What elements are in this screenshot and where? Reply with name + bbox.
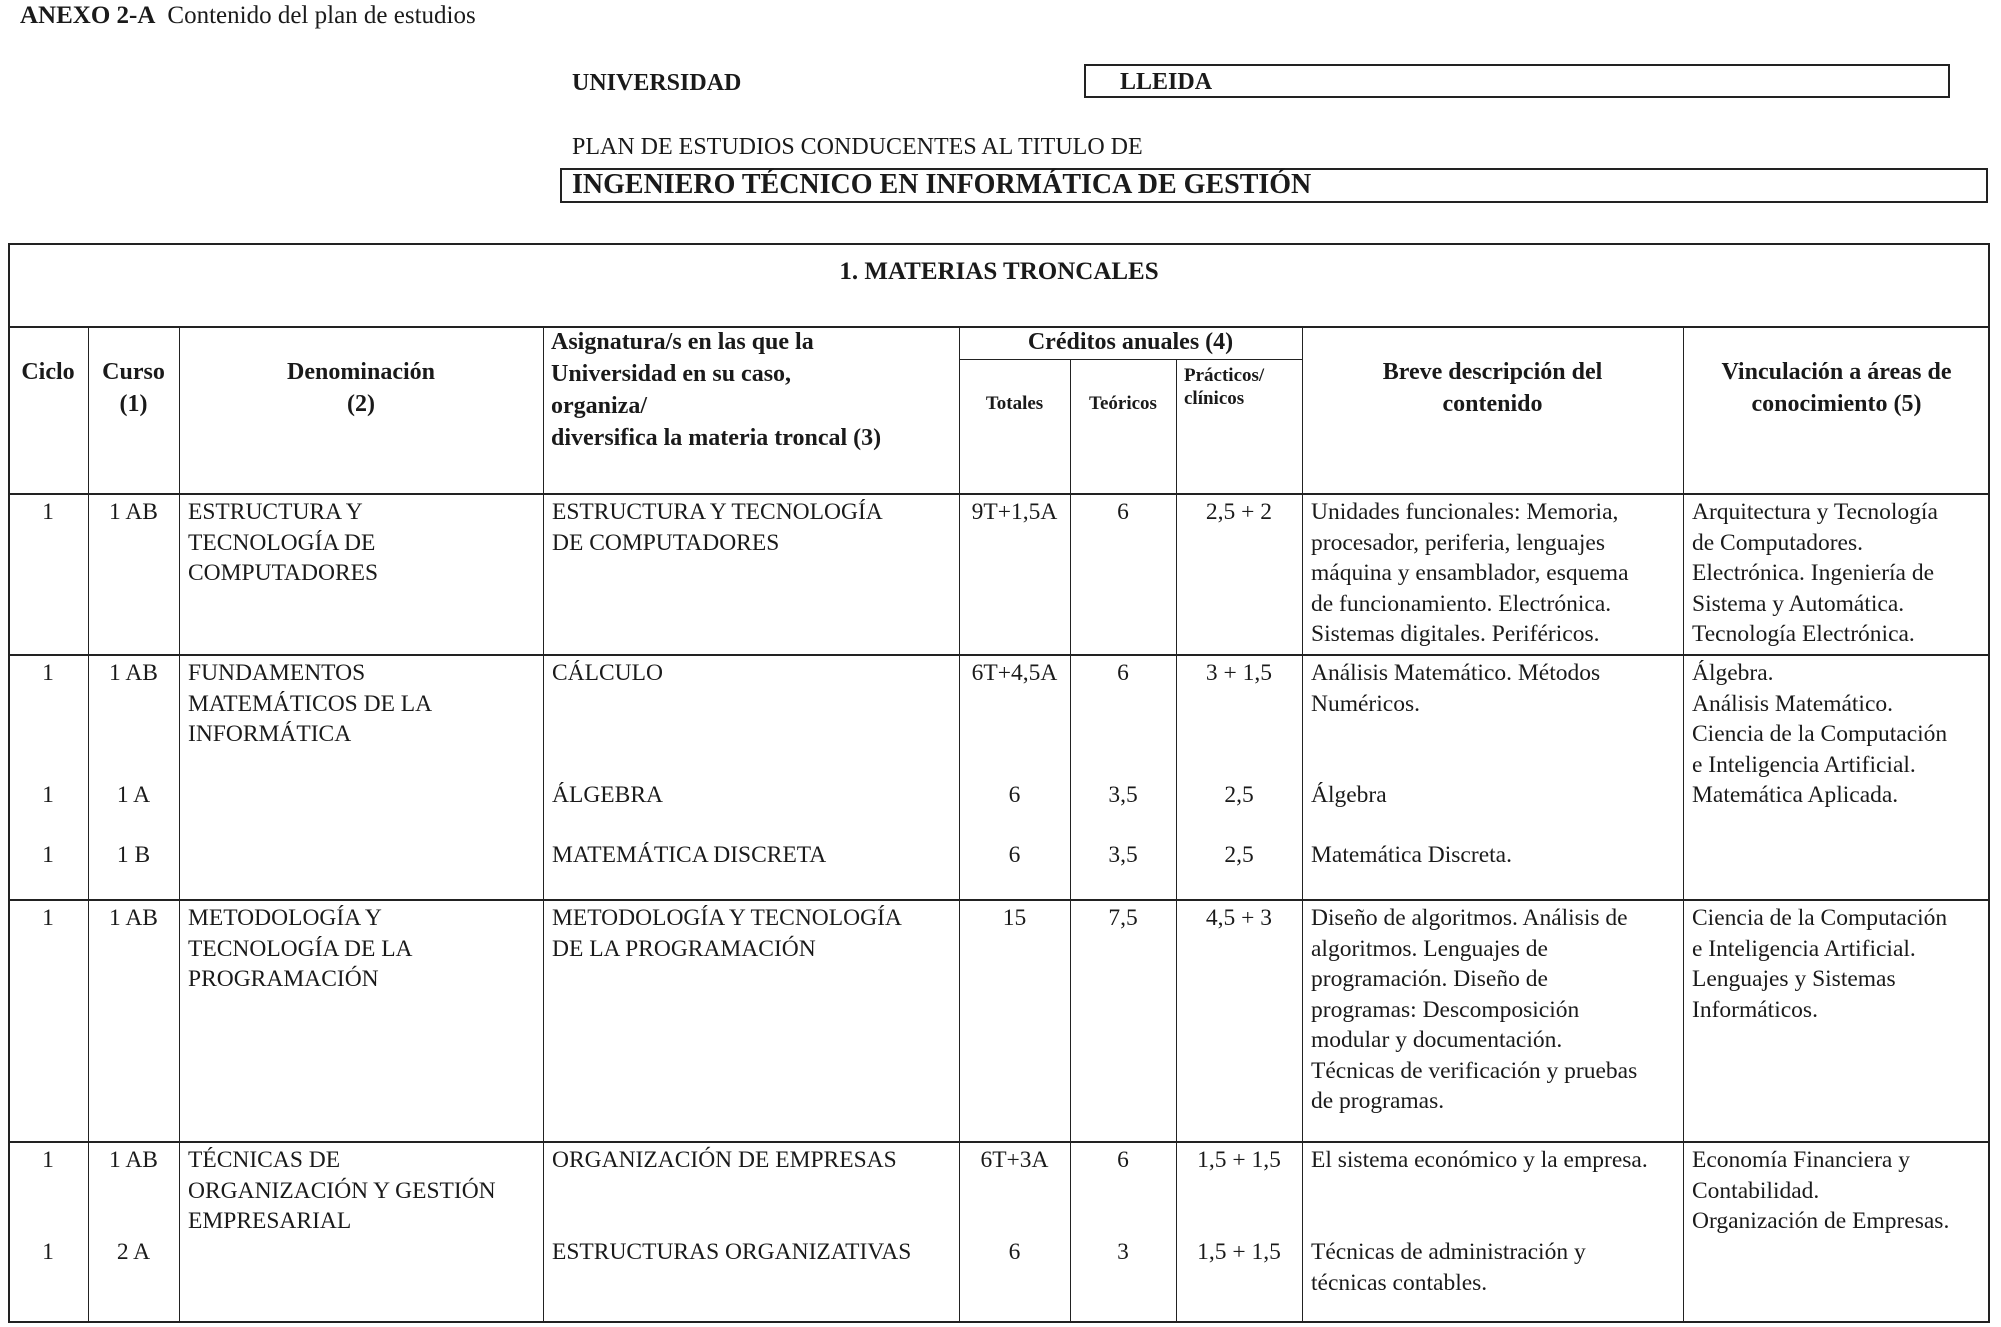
practicos-text: 2,5 [1176, 840, 1302, 871]
ciclo-cell: 1 [8, 1145, 88, 1176]
vinculacion-text: Informáticos. [1692, 995, 1987, 1026]
descripcion-text: Diseño de algoritmos. Análisis de [1311, 903, 1680, 934]
vinculacion-text: Arquitectura y Tecnología [1692, 497, 1987, 528]
annex-code: ANEXO 2-A [20, 2, 155, 29]
denominacion-text: FUNDAMENTOS [188, 658, 540, 689]
header-curso: Curso(1) [88, 356, 179, 420]
curso-text: 1 AB [88, 1145, 179, 1176]
vinculacion-cell: Economía Financiera yContabilidad.Organi… [1692, 1145, 1987, 1237]
asignatura-text: METODOLOGÍA Y TECNOLOGÍA [552, 903, 956, 934]
denominacion-text: TECNOLOGÍA DE LA [188, 934, 540, 965]
descripcion-text: Álgebra [1311, 780, 1680, 811]
asignatura-cell: ORGANIZACIÓN DE EMPRESAS [552, 1145, 956, 1176]
denominacion-text: PROGRAMACIÓN [188, 964, 540, 995]
descripcion-text: máquina y ensamblador, esquema [1311, 558, 1680, 589]
totales-text: 15 [959, 903, 1070, 934]
teoricos-cell: 3 [1070, 1237, 1176, 1268]
descripcion-cell: Análisis Matemático. MétodosNuméricos. [1311, 658, 1680, 719]
vinculacion-cell: Ciencia de la Computacióne Inteligencia … [1692, 903, 1987, 1025]
practicos-text: 1,5 + 1,5 [1176, 1145, 1302, 1176]
header-teoricos: Teóricos [1070, 392, 1176, 415]
descripcion-text: El sistema económico y la empresa. [1311, 1145, 1680, 1176]
descripcion-text: Técnicas de administración y [1311, 1237, 1680, 1268]
asignatura-text: ORGANIZACIÓN DE EMPRESAS [552, 1145, 956, 1176]
teoricos-cell: 3,5 [1070, 780, 1176, 811]
denominacion-text: METODOLOGÍA Y [188, 903, 540, 934]
asignatura-cell: MATEMÁTICA DISCRETA [552, 840, 956, 871]
descripcion-text: programación. Diseño de [1311, 964, 1680, 995]
denominacion-text: COMPUTADORES [188, 558, 540, 589]
header-text: diversifica la materia troncal (3) [551, 422, 957, 454]
ciclo-cell: 1 [8, 780, 88, 811]
denominacion-text: TECNOLOGÍA DE [188, 528, 540, 559]
descripcion-cell: Diseño de algoritmos. Análisis dealgorit… [1311, 903, 1680, 1117]
descripcion-text: algoritmos. Lenguajes de [1311, 934, 1680, 965]
curso-cell: 1 AB [88, 903, 179, 934]
teoricos-text: 7,5 [1070, 903, 1176, 934]
totales-text: 9T+1,5A [959, 497, 1070, 528]
ciclo-text: 1 [8, 1237, 88, 1268]
asignatura-cell: METODOLOGÍA Y TECNOLOGÍADE LA PROGRAMACI… [552, 903, 956, 964]
header-text: Prácticos/ [1184, 364, 1302, 387]
totales-text: 6 [959, 780, 1070, 811]
header-text: Totales [959, 392, 1070, 415]
descripcion-text: Sistemas digitales. Periféricos. [1311, 619, 1680, 650]
asignatura-cell: ÁLGEBRA [552, 780, 956, 811]
creditos-divider [959, 359, 1302, 360]
ciclo-cell: 1 [8, 1237, 88, 1268]
header-text: (1) [88, 388, 179, 420]
teoricos-cell: 7,5 [1070, 903, 1176, 934]
vinculacion-text: Tecnología Electrónica. [1692, 619, 1987, 650]
row-divider [8, 1141, 1990, 1143]
asignatura-text: DE COMPUTADORES [552, 528, 956, 559]
plan-label: PLAN DE ESTUDIOS CONDUCENTES AL TITULO D… [572, 134, 1143, 161]
asignatura-text: CÁLCULO [552, 658, 956, 689]
vinculacion-text: Matemática Aplicada. [1692, 780, 1987, 811]
descripcion-text: Unidades funcionales: Memoria, [1311, 497, 1680, 528]
totales-text: 6T+4,5A [959, 658, 1070, 689]
practicos-cell: 1,5 + 1,5 [1176, 1145, 1302, 1176]
asignatura-text: ÁLGEBRA [552, 780, 956, 811]
header-text: Breve descripción del [1302, 356, 1683, 388]
vinculacion-text: Lenguajes y Sistemas [1692, 964, 1987, 995]
teoricos-text: 3,5 [1070, 780, 1176, 811]
curso-cell: 1 AB [88, 1145, 179, 1176]
practicos-cell: 2,5 [1176, 780, 1302, 811]
descripcion-cell: Técnicas de administración ytécnicas con… [1311, 1237, 1680, 1298]
column-divider [543, 328, 544, 1322]
header-ciclo: Ciclo [8, 356, 88, 388]
totales-cell: 6T+3A [959, 1145, 1070, 1176]
curso-text: 1 AB [88, 903, 179, 934]
header-text: contenido [1302, 388, 1683, 420]
row-divider [8, 493, 1990, 495]
descripcion-text: procesador, periferia, lenguajes [1311, 528, 1680, 559]
practicos-text: 2,5 [1176, 780, 1302, 811]
totales-cell: 6T+4,5A [959, 658, 1070, 689]
header-text: organiza/ [551, 390, 957, 422]
curso-cell: 1 B [88, 840, 179, 871]
teoricos-cell: 6 [1070, 1145, 1176, 1176]
practicos-text: 3 + 1,5 [1176, 658, 1302, 689]
annex-title: Contenido del plan de estudios [167, 2, 475, 29]
ciclo-text: 1 [8, 840, 88, 871]
vinculacion-cell: Arquitectura y Tecnologíade Computadores… [1692, 497, 1987, 650]
teoricos-text: 3,5 [1070, 840, 1176, 871]
ciclo-cell: 1 [8, 903, 88, 934]
ciclo-cell: 1 [8, 497, 88, 528]
header-totales: Totales [959, 392, 1070, 415]
practicos-cell: 4,5 + 3 [1176, 903, 1302, 934]
header-text: Créditos anuales (4) [959, 326, 1302, 358]
teoricos-text: 6 [1070, 658, 1176, 689]
practicos-cell: 2,5 + 2 [1176, 497, 1302, 528]
header-text: Teóricos [1070, 392, 1176, 415]
row-divider [8, 654, 1990, 656]
asignatura-cell: ESTRUCTURAS ORGANIZATIVAS [552, 1237, 956, 1268]
header-text: Asignatura/s en las que la [551, 326, 957, 358]
vinculacion-text: Contabilidad. [1692, 1176, 1987, 1207]
totales-text: 6T+3A [959, 1145, 1070, 1176]
curso-cell: 2 A [88, 1237, 179, 1268]
descripcion-cell: Álgebra [1311, 780, 1680, 811]
curso-text: 1 B [88, 840, 179, 871]
university-label: UNIVERSIDAD [572, 70, 741, 97]
descripcion-text: de programas. [1311, 1086, 1680, 1117]
curso-text: 2 A [88, 1237, 179, 1268]
practicos-text: 4,5 + 3 [1176, 903, 1302, 934]
ciclo-cell: 1 [8, 658, 88, 689]
totales-cell: 15 [959, 903, 1070, 934]
asignatura-cell: CÁLCULO [552, 658, 956, 689]
denominacion-text: ORGANIZACIÓN Y GESTIÓN [188, 1176, 540, 1207]
vinculacion-text: Análisis Matemático. [1692, 689, 1987, 720]
column-divider [179, 328, 180, 1322]
denominacion-cell: TÉCNICAS DEORGANIZACIÓN Y GESTIÓNEMPRESA… [188, 1145, 540, 1237]
ciclo-cell: 1 [8, 840, 88, 871]
header-text: Ciclo [8, 356, 88, 388]
vinculacion-text: Ciencia de la Computación [1692, 719, 1987, 750]
curso-text: 1 A [88, 780, 179, 811]
totales-cell: 6 [959, 1237, 1070, 1268]
vinculacion-text: e Inteligencia Artificial. [1692, 934, 1987, 965]
vinculacion-text: Economía Financiera y [1692, 1145, 1987, 1176]
descripcion-cell: Unidades funcionales: Memoria,procesador… [1311, 497, 1680, 650]
curso-text: 1 AB [88, 658, 179, 689]
header-denominacion: Denominación(2) [179, 356, 543, 420]
descripcion-text: de funcionamiento. Electrónica. [1311, 589, 1680, 620]
asignatura-text: ESTRUCTURAS ORGANIZATIVAS [552, 1237, 956, 1268]
section-title: 1. MATERIAS TRONCALES [8, 243, 1990, 328]
totales-cell: 6 [959, 840, 1070, 871]
header-text: Vinculación a áreas de [1683, 356, 1990, 388]
teoricos-text: 3 [1070, 1237, 1176, 1268]
teoricos-cell: 6 [1070, 658, 1176, 689]
vinculacion-text: e Inteligencia Artificial. [1692, 750, 1987, 781]
asignatura-text: ESTRUCTURA Y TECNOLOGÍA [552, 497, 956, 528]
asignatura-cell: ESTRUCTURA Y TECNOLOGÍADE COMPUTADORES [552, 497, 956, 558]
ciclo-text: 1 [8, 903, 88, 934]
vinculacion-text: Electrónica. Ingeniería de [1692, 558, 1987, 589]
descripcion-text: técnicas contables. [1311, 1268, 1680, 1299]
denominacion-cell: ESTRUCTURA YTECNOLOGÍA DECOMPUTADORES [188, 497, 540, 589]
descripcion-text: Análisis Matemático. Métodos [1311, 658, 1680, 689]
header-text: Denominación [179, 356, 543, 388]
asignatura-text: DE LA PROGRAMACIÓN [552, 934, 956, 965]
annex-heading: ANEXO 2-AContenido del plan de estudios [20, 2, 476, 30]
denominacion-text: EMPRESARIAL [188, 1206, 540, 1237]
header-text: Universidad en su caso, [551, 358, 957, 390]
row-divider [8, 899, 1990, 901]
practicos-text: 2,5 + 2 [1176, 497, 1302, 528]
teoricos-cell: 3,5 [1070, 840, 1176, 871]
curso-cell: 1 AB [88, 658, 179, 689]
header-text: Curso [88, 356, 179, 388]
descripcion-text: Técnicas de verificación y pruebas [1311, 1056, 1680, 1087]
column-divider [1302, 328, 1303, 1322]
denominacion-text: INFORMÁTICA [188, 719, 540, 750]
totales-text: 6 [959, 840, 1070, 871]
curso-text: 1 AB [88, 497, 179, 528]
denominacion-text: TÉCNICAS DE [188, 1145, 540, 1176]
denominacion-text: ESTRUCTURA Y [188, 497, 540, 528]
descripcion-cell: Matemática Discreta. [1311, 840, 1680, 871]
column-divider [1683, 328, 1684, 1322]
ciclo-text: 1 [8, 497, 88, 528]
descripcion-text: programas: Descomposición [1311, 995, 1680, 1026]
descripcion-cell: El sistema económico y la empresa. [1311, 1145, 1680, 1176]
practicos-cell: 2,5 [1176, 840, 1302, 871]
practicos-cell: 3 + 1,5 [1176, 658, 1302, 689]
descripcion-text: Matemática Discreta. [1311, 840, 1680, 871]
curso-cell: 1 AB [88, 497, 179, 528]
descripcion-text: Numéricos. [1311, 689, 1680, 720]
ciclo-text: 1 [8, 1145, 88, 1176]
university-value-box: LLEIDA [1084, 64, 1950, 98]
vinculacion-text: Álgebra. [1692, 658, 1987, 689]
curso-cell: 1 A [88, 780, 179, 811]
vinculacion-text: Sistema y Automática. [1692, 589, 1987, 620]
vinculacion-text: de Computadores. [1692, 528, 1987, 559]
header-practicos: Prácticos/clínicos [1184, 364, 1302, 410]
teoricos-text: 6 [1070, 1145, 1176, 1176]
totales-cell: 6 [959, 780, 1070, 811]
totales-cell: 9T+1,5A [959, 497, 1070, 528]
vinculacion-cell: Álgebra.Análisis Matemático.Ciencia de l… [1692, 658, 1987, 811]
totales-text: 6 [959, 1237, 1070, 1268]
denominacion-text: MATEMÁTICOS DE LA [188, 689, 540, 720]
teoricos-text: 6 [1070, 497, 1176, 528]
degree-title-box: INGENIERO TÉCNICO EN INFORMÁTICA DE GEST… [560, 168, 1988, 203]
descripcion-text: modular y documentación. [1311, 1025, 1680, 1056]
denominacion-cell: METODOLOGÍA YTECNOLOGÍA DE LAPROGRAMACIÓ… [188, 903, 540, 995]
header-vinculacion: Vinculación a áreas deconocimiento (5) [1683, 356, 1990, 420]
ciclo-text: 1 [8, 780, 88, 811]
header-descripcion: Breve descripción delcontenido [1302, 356, 1683, 420]
header-text: clínicos [1184, 387, 1302, 410]
asignatura-text: MATEMÁTICA DISCRETA [552, 840, 956, 871]
practicos-text: 1,5 + 1,5 [1176, 1237, 1302, 1268]
teoricos-cell: 6 [1070, 497, 1176, 528]
header-text: conocimiento (5) [1683, 388, 1990, 420]
ciclo-text: 1 [8, 658, 88, 689]
header-text: (2) [179, 388, 543, 420]
header-asignaturas: Asignatura/s en las que laUniversidad en… [551, 326, 957, 454]
vinculacion-text: Organización de Empresas. [1692, 1206, 1987, 1237]
header-creditos: Créditos anuales (4) [959, 326, 1302, 358]
denominacion-cell: FUNDAMENTOSMATEMÁTICOS DE LAINFORMÁTICA [188, 658, 540, 750]
vinculacion-text: Ciencia de la Computación [1692, 903, 1987, 934]
practicos-cell: 1,5 + 1,5 [1176, 1237, 1302, 1268]
